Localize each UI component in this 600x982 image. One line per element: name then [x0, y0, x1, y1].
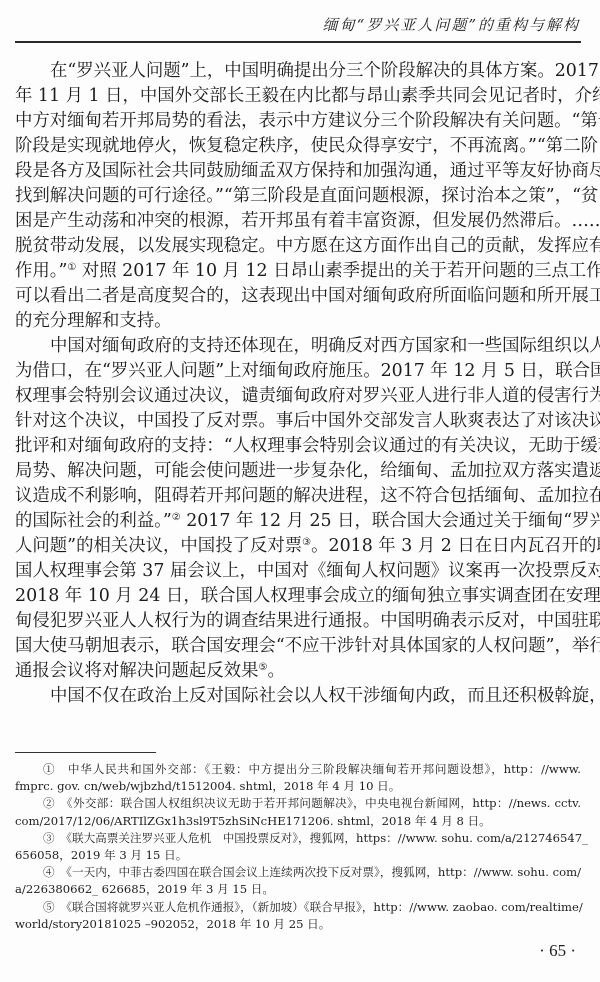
- body-line-text: 2018 年 10 月 24 日，联合国人权理事会成立的缅甸独立事实调查团在安理…: [15, 586, 600, 606]
- body-line: 困是产生动荡和冲突的根源，若开邦虽有着丰富资源，但发展仍然滞后。……以: [15, 209, 581, 234]
- body-line-text: 中方对缅甸若开邦局势的看法，表示中方建议分三个阶段解决有关问题。“第一: [15, 111, 600, 131]
- footnote-marker[interactable]: ①: [67, 262, 76, 273]
- body-line-text: 的充分理解和支持。: [15, 311, 172, 331]
- footnote-line: world/story20181025 –902052，2018 年 10 月 …: [15, 916, 581, 933]
- body-line: 甸侵犯罗兴亚人人权行为的调查结果进行通报。中国明确表示反对，中国驻联合: [15, 609, 581, 634]
- body-line-text: 中国不仅在政治上反对国际社会以人权干涉缅甸内政，而且还积极斡旋，促: [50, 686, 600, 706]
- footnotes: ① 中华人民共和国外交部：《王毅：中方提出分三阶段解决缅甸若开邦问题设想》，ht…: [15, 761, 581, 933]
- running-header-title: 缅甸“罗兴亚人问题”的重构与解构: [323, 14, 580, 35]
- footnote-line: 656058，2019 年 3 月 15 日。: [15, 847, 581, 864]
- body-line-text: 通报会议将对解决问题起反效果: [15, 661, 258, 681]
- body-line: 国人权理事会第 37 届会议上，中国对《缅甸人权问题》议案再一次投票反对④。: [15, 559, 581, 584]
- footnote-separator: [15, 752, 156, 753]
- body-line-text: 脱贫带动发展，以发展实现稳定。中方愿在这方面作出自己的贡献，发挥应有的: [15, 236, 600, 256]
- body-line: 通报会议将对解决问题起反效果⑤。: [15, 659, 581, 684]
- footnote-line: ① 中华人民共和国外交部：《王毅：中方提出分三阶段解决缅甸若开邦问题设想》，ht…: [15, 761, 581, 778]
- body-line-text: 困是产生动荡和冲突的根源，若开邦虽有着丰富资源，但发展仍然滞后。……以: [15, 211, 600, 231]
- book-page: 缅甸“罗兴亚人问题”的重构与解构 在“罗兴亚人问题”上，中国明确提出分三个阶段解…: [0, 0, 600, 982]
- body-line-text: 年 11 月 1 日，中国外交部长王毅在内比都与昂山素季共同会见记者时，介绍了: [15, 86, 600, 106]
- body-line-text: 在“罗兴亚人问题”上，中国明确提出分三个阶段解决的具体方案。2017: [50, 61, 599, 81]
- body-line: 批评和对缅甸政府的支持：“人权理事会特别会议通过的有关决议，无助于缓和: [15, 434, 581, 459]
- footnote-line: ④ 《一天内，中菲古委四国在联合国会议上连续两次投下反对票》，搜狐网，http：…: [15, 864, 581, 881]
- body-line: 中国不仅在政治上反对国际社会以人权干涉缅甸内政，而且还积极斡旋，促: [15, 684, 581, 709]
- body-line: 找到解决问题的可行途径。”“第三阶段是直面问题根源，探讨治本之策”，“贫: [15, 184, 581, 209]
- body-line-text: 作用。”: [15, 261, 67, 281]
- body-line-text: 阶段是实现就地停火，恢复稳定秩序，使民众得享安宁，不再流离。”“第二阶: [15, 136, 598, 156]
- body-line-text: 中国对缅甸政府的支持还体现在，明确反对西方国家和一些国际组织以人权: [50, 336, 600, 356]
- body-line: 可以看出二者是高度契合的，这表现出中国对缅甸政府所面临问题和所开展工作: [15, 284, 581, 309]
- body-line: 议造成不利影响，阻碍若开邦问题的解决进程，这不符合包括缅甸、孟加拉在内: [15, 484, 581, 509]
- body-line: 年 11 月 1 日，中国外交部长王毅在内比都与昂山素季共同会见记者时，介绍了: [15, 84, 581, 109]
- body-line-text: 的国际社会的利益。”: [15, 511, 172, 531]
- footnote-line: a/226380662_ 626685，2019 年 3 月 15 日。: [15, 881, 581, 898]
- body-line: 为借口，在“罗兴亚人问题”上对缅甸政府施压。2017 年 12 月 5 日，联合…: [15, 359, 581, 384]
- body-line: 2018 年 10 月 24 日，联合国人权理事会成立的缅甸独立事实调查团在安理…: [15, 584, 581, 609]
- header-rule: [15, 41, 581, 43]
- body-line: 中方对缅甸若开邦局势的看法，表示中方建议分三个阶段解决有关问题。“第一: [15, 109, 581, 134]
- body-line-text: 议造成不利影响，阻碍若开邦问题的解决进程，这不符合包括缅甸、孟加拉在内: [15, 486, 600, 506]
- body-line: 段是各方及国际社会共同鼓励缅孟双方保持和加强沟通，通过平等友好协商尽快: [15, 159, 581, 184]
- body-text: 在“罗兴亚人问题”上，中国明确提出分三个阶段解决的具体方案。2017年 11 月…: [15, 59, 581, 709]
- body-line: 针对这个决议，中国投了反对票。事后中国外交部发言人耿爽表达了对该决议的: [15, 409, 581, 434]
- page-number: · 65 ·: [539, 941, 576, 961]
- body-line: 的充分理解和支持。: [15, 309, 581, 334]
- body-line: 权理事会特别会议通过决议，谴责缅甸政府对罗兴亚人进行非人道的侵害行为。: [15, 384, 581, 409]
- body-line-text: 针对这个决议，中国投了反对票。事后中国外交部发言人耿爽表达了对该决议的: [15, 411, 600, 431]
- body-line-text: 国人权理事会第 37 届会议上，中国对《缅甸人权问题》议案再一次投票反对: [15, 561, 600, 581]
- body-line-text: 批评和对缅甸政府的支持：“人权理事会特别会议通过的有关决议，无助于缓和: [15, 436, 600, 456]
- footnote-marker[interactable]: ③: [302, 537, 311, 548]
- footnote-line: ② 《外交部：联合国人权组织决议无助于若开邦问题解决》，中央电视台新闻网，htt…: [15, 795, 581, 812]
- body-line-text: 局势、解决问题，可能会使问题进一步复杂化，给缅甸、孟加拉双方落实遣返协: [15, 461, 600, 481]
- body-line: 阶段是实现就地停火，恢复稳定秩序，使民众得享安宁，不再流离。”“第二阶: [15, 134, 581, 159]
- footnote-line: fmprc. gov. cn/web/wjbzhd/t1512004. shtm…: [15, 778, 581, 795]
- body-line: 局势、解决问题，可能会使问题进一步复杂化，给缅甸、孟加拉双方落实遣返协: [15, 459, 581, 484]
- body-line: 的国际社会的利益。”② 2017 年 12 月 25 日，联合国大会通过关于缅甸…: [15, 509, 581, 534]
- body-line-text: 国大使马朝旭表示，联合国安理会“不应干涉针对具体国家的人权问题”，举行: [15, 636, 600, 656]
- body-line: 中国对缅甸政府的支持还体现在，明确反对西方国家和一些国际组织以人权: [15, 334, 581, 359]
- body-line: 在“罗兴亚人问题”上，中国明确提出分三个阶段解决的具体方案。2017: [15, 59, 581, 84]
- body-line-text-after: 对照 2017 年 10 月 12 日昂山素季提出的关于若开问题的三点工作安排，: [76, 261, 600, 281]
- body-line: 国大使马朝旭表示，联合国安理会“不应干涉针对具体国家的人权问题”，举行: [15, 634, 581, 659]
- body-line-text: 甸侵犯罗兴亚人人权行为的调查结果进行通报。中国明确表示反对，中国驻联合: [15, 611, 600, 631]
- body-line: 人问题”的相关决议，中国投了反对票③。2018 年 3 月 2 日在日内瓦召开的…: [15, 534, 581, 559]
- body-line-text-after: 。: [267, 661, 284, 681]
- body-line-text: 段是各方及国际社会共同鼓励缅孟双方保持和加强沟通，通过平等友好协商尽快: [15, 161, 600, 181]
- body-line-text-after: 。2018 年 3 月 2 日在日内瓦召开的联合: [311, 536, 600, 556]
- body-line-text: 为借口，在“罗兴亚人问题”上对缅甸政府施压。2017 年 12 月 5 日，联合…: [15, 361, 600, 381]
- footnote-marker[interactable]: ②: [172, 512, 181, 523]
- body-line: 作用。”① 对照 2017 年 10 月 12 日昂山素季提出的关于若开问题的三…: [15, 259, 581, 284]
- footnote-line: com/2017/12/06/ARTIlZGx1h3sl9T5zhSiNcHE1…: [15, 813, 581, 830]
- body-line-text: 权理事会特别会议通过决议，谴责缅甸政府对罗兴亚人进行非人道的侵害行为。: [15, 386, 600, 406]
- footnote-line: ③ 《联大高票关注罗兴亚人危机 中国投票反对》，搜狐网，https：//www.…: [15, 830, 581, 847]
- footnote-line: ⑤ 《联合国将就罗兴亚人危机作通报》，（新加坡）《联合早报》，http：//ww…: [15, 899, 581, 916]
- body-line: 脱贫带动发展，以发展实现稳定。中方愿在这方面作出自己的贡献，发挥应有的: [15, 234, 581, 259]
- body-line-text: 可以看出二者是高度契合的，这表现出中国对缅甸政府所面临问题和所开展工作: [15, 286, 600, 306]
- body-line-text: 找到解决问题的可行途径。”“第三阶段是直面问题根源，探讨治本之策”，“贫: [15, 186, 598, 206]
- body-line-text: 人问题”的相关决议，中国投了反对票: [15, 536, 302, 556]
- body-line-text-after: 2017 年 12 月 25 日，联合国大会通过关于缅甸“罗兴亚: [181, 511, 600, 531]
